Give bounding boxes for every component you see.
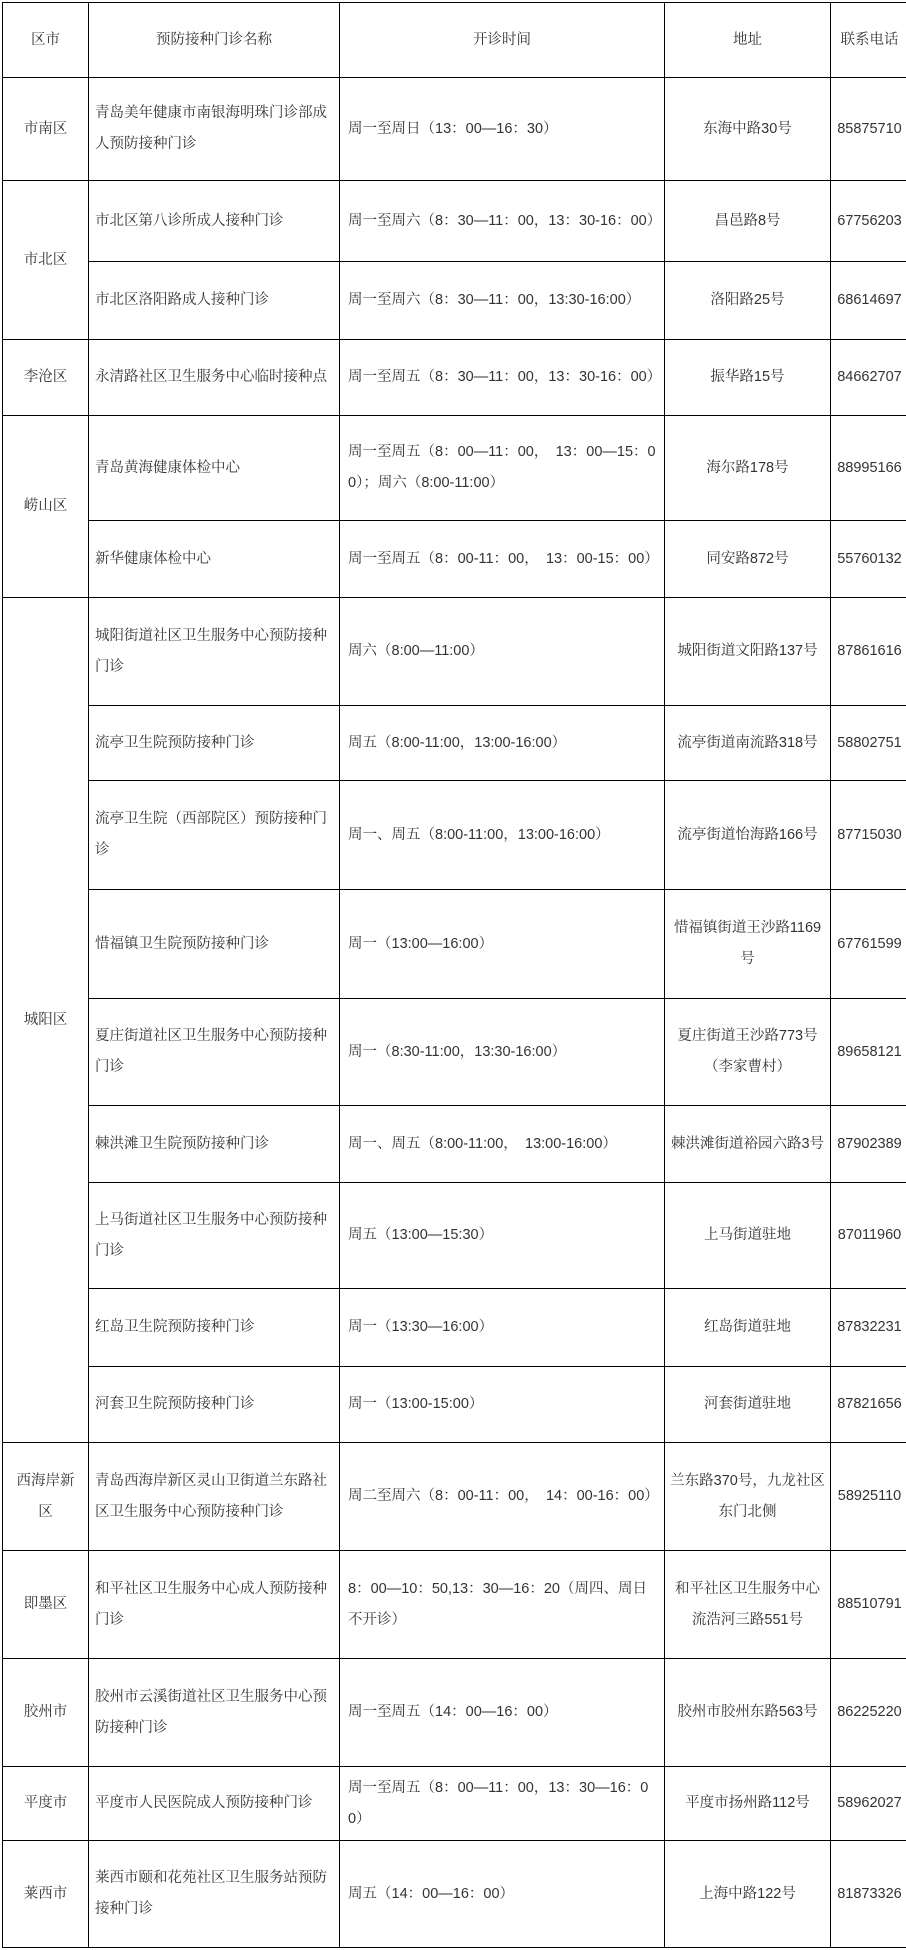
clinic-name-cell: 河套卫生院预防接种门诊 bbox=[89, 1367, 340, 1443]
table-row: 胶州市胶州市云溪街道社区卫生服务中心预防接种门诊周一至周五（14：00—16：0… bbox=[3, 1659, 906, 1767]
table-row: 市北区洛阳路成人接种门诊周一至周六（8：30—11：00，13:30-16:00… bbox=[3, 262, 906, 340]
opening-hours-cell: 周一至周六（8：30—11：00，13:30-16:00） bbox=[340, 262, 665, 340]
district-cell: 即墨区 bbox=[3, 1551, 89, 1659]
clinic-name-cell: 上马街道社区卫生服务中心预防接种门诊 bbox=[89, 1183, 340, 1289]
table-row: 流亭卫生院（西部院区）预防接种门诊周一、周五（8:00-11:00，13:00-… bbox=[3, 781, 906, 890]
opening-hours-cell: 周一至周五（8：00-11：00， 13：00-15：00） bbox=[340, 521, 665, 598]
opening-hours-cell: 周五（13:00—15:30） bbox=[340, 1183, 665, 1289]
table-row: 棘洪滩卫生院预防接种门诊周一、周五（8:00-11:00， 13:00-16:0… bbox=[3, 1106, 906, 1183]
address-cell: 流亭街道怡海路166号 bbox=[665, 781, 831, 890]
table-row: 流亭卫生院预防接种门诊周五（8:00-11:00，13:00-16:00）流亭街… bbox=[3, 706, 906, 781]
phone-cell: 67756203 bbox=[831, 181, 906, 262]
header-opening-hours: 开诊时间 bbox=[340, 3, 665, 78]
opening-hours-cell: 周一至周五（8：30—11：00，13：30-16：00） bbox=[340, 340, 665, 416]
table-header: 区市预防接种门诊名称开诊时间地址联系电话 bbox=[3, 3, 906, 78]
opening-hours-cell: 周五（14：00—16：00） bbox=[340, 1841, 665, 1948]
header-address: 地址 bbox=[665, 3, 831, 78]
opening-hours-cell: 周一（13:00-15:00） bbox=[340, 1367, 665, 1443]
table-row: 即墨区和平社区卫生服务中心成人预防接种门诊8：00—10：50,13：30—16… bbox=[3, 1551, 906, 1659]
opening-hours-cell: 周一（13:00—16:00） bbox=[340, 890, 665, 999]
address-cell: 和平社区卫生服务中心流浩河三路551号 bbox=[665, 1551, 831, 1659]
phone-cell: 81873326 bbox=[831, 1841, 906, 1948]
clinic-name-cell: 莱西市颐和花苑社区卫生服务站预防接种门诊 bbox=[89, 1841, 340, 1948]
address-cell: 东海中路30号 bbox=[665, 78, 831, 181]
address-cell: 兰东路370号，九龙社区东门北侧 bbox=[665, 1443, 831, 1551]
district-cell: 莱西市 bbox=[3, 1841, 89, 1948]
district-cell: 胶州市 bbox=[3, 1659, 89, 1767]
table-row: 市北区市北区第八诊所成人接种门诊周一至周六（8：30—11：00，13：30-1… bbox=[3, 181, 906, 262]
clinic-name-cell: 流亭卫生院（西部院区）预防接种门诊 bbox=[89, 781, 340, 890]
clinic-name-cell: 红岛卫生院预防接种门诊 bbox=[89, 1289, 340, 1367]
clinic-name-cell: 永清路社区卫生服务中心临时接种点 bbox=[89, 340, 340, 416]
address-cell: 平度市扬州路112号 bbox=[665, 1767, 831, 1841]
phone-cell: 58925110 bbox=[831, 1443, 906, 1551]
phone-cell: 86225220 bbox=[831, 1659, 906, 1767]
header-row: 区市预防接种门诊名称开诊时间地址联系电话 bbox=[3, 3, 906, 78]
clinic-name-cell: 和平社区卫生服务中心成人预防接种门诊 bbox=[89, 1551, 340, 1659]
address-cell: 河套街道驻地 bbox=[665, 1367, 831, 1443]
table-row: 崂山区青岛黄海健康体检中心周一至周五（8：00—11：00， 13：00—15：… bbox=[3, 416, 906, 521]
table-row: 市南区青岛美年健康市南银海明珠门诊部成人预防接种门诊周一至周日（13：00—16… bbox=[3, 78, 906, 181]
address-cell: 上马街道驻地 bbox=[665, 1183, 831, 1289]
clinic-name-cell: 市北区洛阳路成人接种门诊 bbox=[89, 262, 340, 340]
phone-cell: 87861616 bbox=[831, 598, 906, 706]
phone-cell: 55760132 bbox=[831, 521, 906, 598]
clinic-name-cell: 青岛美年健康市南银海明珠门诊部成人预防接种门诊 bbox=[89, 78, 340, 181]
phone-cell: 58962027 bbox=[831, 1767, 906, 1841]
table-row: 惜福镇卫生院预防接种门诊周一（13:00—16:00）惜福镇街道王沙路1169号… bbox=[3, 890, 906, 999]
address-cell: 昌邑路8号 bbox=[665, 181, 831, 262]
table-row: 新华健康体检中心周一至周五（8：00-11：00， 13：00-15：00）同安… bbox=[3, 521, 906, 598]
header-clinic-name: 预防接种门诊名称 bbox=[89, 3, 340, 78]
clinic-name-cell: 平度市人民医院成人预防接种门诊 bbox=[89, 1767, 340, 1841]
clinic-name-cell: 流亭卫生院预防接种门诊 bbox=[89, 706, 340, 781]
district-cell: 市北区 bbox=[3, 181, 89, 340]
clinic-name-cell: 青岛西海岸新区灵山卫街道兰东路社区卫生服务中心预防接种门诊 bbox=[89, 1443, 340, 1551]
phone-cell: 87821656 bbox=[831, 1367, 906, 1443]
clinic-name-cell: 新华健康体检中心 bbox=[89, 521, 340, 598]
phone-cell: 68614697 bbox=[831, 262, 906, 340]
address-cell: 流亭街道南流路318号 bbox=[665, 706, 831, 781]
address-cell: 红岛街道驻地 bbox=[665, 1289, 831, 1367]
phone-cell: 88510791 bbox=[831, 1551, 906, 1659]
address-cell: 洛阳路25号 bbox=[665, 262, 831, 340]
phone-cell: 87832231 bbox=[831, 1289, 906, 1367]
phone-cell: 58802751 bbox=[831, 706, 906, 781]
opening-hours-cell: 8：00—10：50,13：30—16：20（周四、周日不开诊） bbox=[340, 1551, 665, 1659]
table-row: 城阳区城阳街道社区卫生服务中心预防接种门诊周六（8:00—11:00）城阳街道文… bbox=[3, 598, 906, 706]
opening-hours-cell: 周一、周五（8:00-11:00，13:00-16:00） bbox=[340, 781, 665, 890]
table-body: 市南区青岛美年健康市南银海明珠门诊部成人预防接种门诊周一至周日（13：00—16… bbox=[3, 78, 906, 1948]
phone-cell: 87715030 bbox=[831, 781, 906, 890]
phone-cell: 89658121 bbox=[831, 999, 906, 1106]
vaccination-clinics-table: 区市预防接种门诊名称开诊时间地址联系电话 市南区青岛美年健康市南银海明珠门诊部成… bbox=[2, 2, 906, 1948]
opening-hours-cell: 周六（8:00—11:00） bbox=[340, 598, 665, 706]
clinic-name-cell: 城阳街道社区卫生服务中心预防接种门诊 bbox=[89, 598, 340, 706]
clinic-name-cell: 棘洪滩卫生院预防接种门诊 bbox=[89, 1106, 340, 1183]
clinic-name-cell: 胶州市云溪街道社区卫生服务中心预防接种门诊 bbox=[89, 1659, 340, 1767]
address-cell: 胶州市胶州东路563号 bbox=[665, 1659, 831, 1767]
clinic-name-cell: 青岛黄海健康体检中心 bbox=[89, 416, 340, 521]
address-cell: 同安路872号 bbox=[665, 521, 831, 598]
opening-hours-cell: 周一（13:30—16:00） bbox=[340, 1289, 665, 1367]
clinic-name-cell: 夏庄街道社区卫生服务中心预防接种门诊 bbox=[89, 999, 340, 1106]
phone-cell: 88995166 bbox=[831, 416, 906, 521]
phone-cell: 67761599 bbox=[831, 890, 906, 999]
opening-hours-cell: 周一（8:30-11:00，13:30-16:00） bbox=[340, 999, 665, 1106]
phone-cell: 84662707 bbox=[831, 340, 906, 416]
phone-cell: 87011960 bbox=[831, 1183, 906, 1289]
table-row: 西海岸新区青岛西海岸新区灵山卫街道兰东路社区卫生服务中心预防接种门诊周二至周六（… bbox=[3, 1443, 906, 1551]
header-phone: 联系电话 bbox=[831, 3, 906, 78]
address-cell: 惜福镇街道王沙路1169号 bbox=[665, 890, 831, 999]
district-cell: 城阳区 bbox=[3, 598, 89, 1443]
opening-hours-cell: 周一至周五（14：00—16：00） bbox=[340, 1659, 665, 1767]
address-cell: 夏庄街道王沙路773号（李家曹村） bbox=[665, 999, 831, 1106]
table-row: 莱西市莱西市颐和花苑社区卫生服务站预防接种门诊周五（14：00—16：00）上海… bbox=[3, 1841, 906, 1948]
table-row: 平度市平度市人民医院成人预防接种门诊周一至周五（8：00—11：00，13：30… bbox=[3, 1767, 906, 1841]
table-row: 红岛卫生院预防接种门诊周一（13:30—16:00）红岛街道驻地87832231 bbox=[3, 1289, 906, 1367]
phone-cell: 85875710 bbox=[831, 78, 906, 181]
table-row: 李沧区永清路社区卫生服务中心临时接种点周一至周五（8：30—11：00，13：3… bbox=[3, 340, 906, 416]
opening-hours-cell: 周一至周五（8：00—11：00，13：30—16：00） bbox=[340, 1767, 665, 1841]
opening-hours-cell: 周二至周六（8：00-11：00， 14：00-16：00） bbox=[340, 1443, 665, 1551]
address-cell: 上海中路122号 bbox=[665, 1841, 831, 1948]
address-cell: 城阳街道文阳路137号 bbox=[665, 598, 831, 706]
opening-hours-cell: 周一至周五（8：00—11：00， 13：00—15：00）；周六（8:00-1… bbox=[340, 416, 665, 521]
header-district: 区市 bbox=[3, 3, 89, 78]
table-row: 夏庄街道社区卫生服务中心预防接种门诊周一（8:30-11:00，13:30-16… bbox=[3, 999, 906, 1106]
district-cell: 市南区 bbox=[3, 78, 89, 181]
table-row: 河套卫生院预防接种门诊周一（13:00-15:00）河套街道驻地87821656 bbox=[3, 1367, 906, 1443]
district-cell: 西海岸新区 bbox=[3, 1443, 89, 1551]
district-cell: 崂山区 bbox=[3, 416, 89, 598]
clinic-name-cell: 惜福镇卫生院预防接种门诊 bbox=[89, 890, 340, 999]
phone-cell: 87902389 bbox=[831, 1106, 906, 1183]
opening-hours-cell: 周一至周六（8：30—11：00，13：30-16：00） bbox=[340, 181, 665, 262]
opening-hours-cell: 周一至周日（13：00—16：30） bbox=[340, 78, 665, 181]
address-cell: 振华路15号 bbox=[665, 340, 831, 416]
opening-hours-cell: 周一、周五（8:00-11:00， 13:00-16:00） bbox=[340, 1106, 665, 1183]
address-cell: 海尔路178号 bbox=[665, 416, 831, 521]
opening-hours-cell: 周五（8:00-11:00，13:00-16:00） bbox=[340, 706, 665, 781]
clinic-name-cell: 市北区第八诊所成人接种门诊 bbox=[89, 181, 340, 262]
district-cell: 平度市 bbox=[3, 1767, 89, 1841]
table-row: 上马街道社区卫生服务中心预防接种门诊周五（13:00—15:30）上马街道驻地8… bbox=[3, 1183, 906, 1289]
address-cell: 棘洪滩街道裕园六路3号 bbox=[665, 1106, 831, 1183]
district-cell: 李沧区 bbox=[3, 340, 89, 416]
